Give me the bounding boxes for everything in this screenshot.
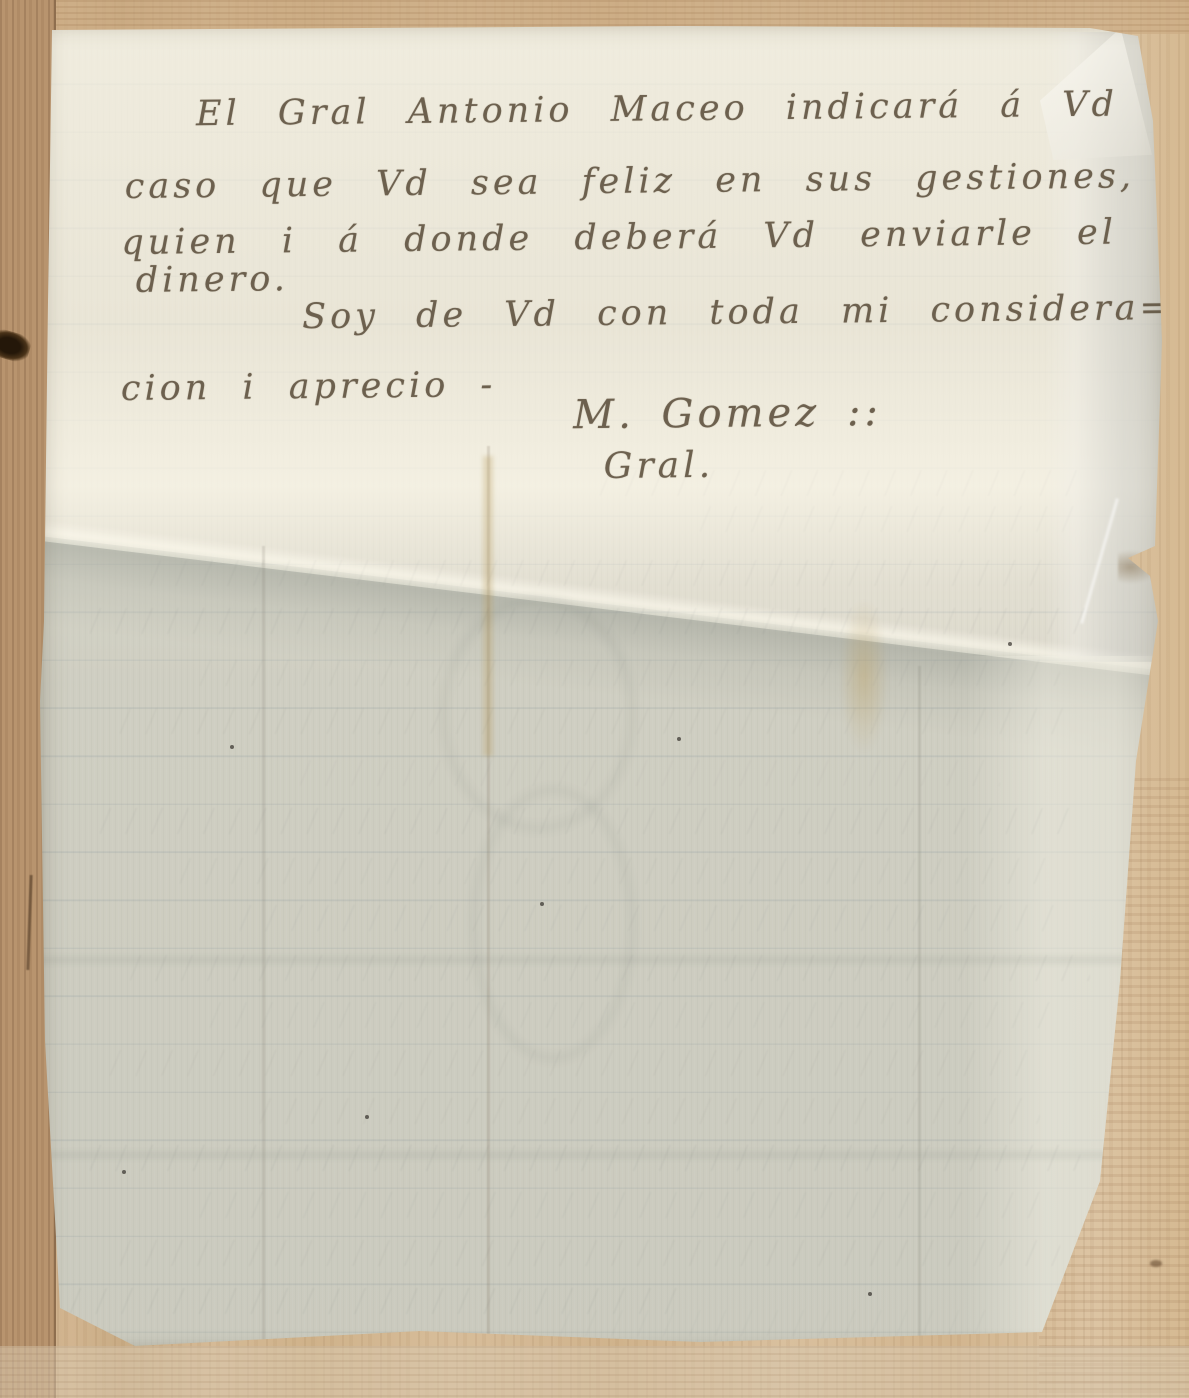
paper-edge-shading (40, 26, 1165, 1348)
bottom-wood-plank (0, 1346, 1189, 1398)
wood-knot (0, 327, 33, 364)
wood-knot-dot (1150, 1260, 1162, 1267)
letter-paper-sheet: El Gral Antonio Maceo indicará á Vd caso… (40, 26, 1165, 1348)
wood-crack (26, 875, 32, 970)
photo-of-letter-on-table: El Gral Antonio Maceo indicará á Vd caso… (0, 0, 1189, 1398)
